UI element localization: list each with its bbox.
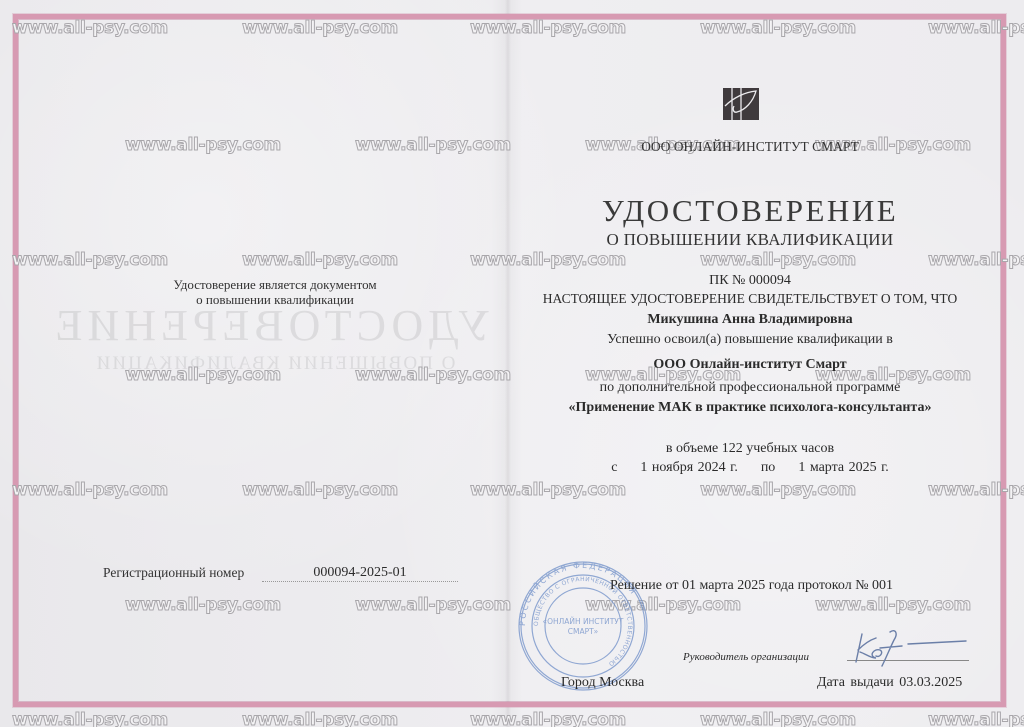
- note-line-2: о повышении квалификации: [60, 292, 490, 307]
- organization-name: ООО Онлайн-институт Смарт: [520, 357, 980, 373]
- mastered-text: Успешно освоил(а) повышение квалификации…: [520, 332, 980, 348]
- stamp-center-line-2: СМАРТ»: [568, 627, 599, 636]
- watermark: www.all-psy.com: [470, 710, 626, 727]
- note-line-1: Удостоверение является документом: [60, 277, 490, 292]
- signature-icon: [850, 628, 970, 668]
- head-of-organization-label: Руководитель организации: [683, 651, 809, 663]
- show-through-text: УДОСТОВЕРЕНИЕ О ПОВЫШЕНИИ КВАЛИФИКАЦИИ: [60, 300, 490, 375]
- program-name: «Применение МАК в практике психолога-кон…: [520, 400, 980, 416]
- show-through-title: УДОСТОВЕРЕНИЕ: [60, 300, 490, 351]
- from-date: 1 ноября 2024 г.: [640, 460, 737, 476]
- document-subtitle: О ПОВЫШЕНИИ КВАЛИФИКАЦИИ: [520, 230, 980, 250]
- institute-logo-icon: [723, 88, 759, 120]
- document-title: УДОСТОВЕРЕНИЕ: [520, 193, 980, 229]
- watermark: www.all-psy.com: [242, 710, 398, 727]
- issue-date-label: Дата выдачи: [817, 675, 894, 690]
- organization-caps: ООО ОНЛАЙН-ИНСТИТУТ СМАРТ: [520, 139, 980, 155]
- holder-full-name: Микушина Анна Владимировна: [520, 312, 980, 328]
- registration-label: Регистрационный номер: [103, 565, 244, 581]
- show-through-subtitle: О ПОВЫШЕНИИ КВАЛИФИКАЦИИ: [60, 353, 490, 375]
- study-period: с 1 ноября 2024 г. по 1 марта 2025 г.: [520, 460, 980, 476]
- program-label: по дополнительной профессиональной прогр…: [520, 380, 980, 396]
- hours-text: в объеме 122 учебных часов: [520, 441, 980, 457]
- issue-date-block: Дата выдачи 03.03.2025: [817, 675, 962, 691]
- left-page-note: Удостоверение является документом о повы…: [60, 277, 490, 307]
- certifies-text: НАСТОЯЩЕЕ УДОСТОВЕРЕНИЕ СВИДЕТЕЛЬСТВУЕТ …: [520, 291, 980, 307]
- watermark: www.all-psy.com: [928, 710, 1024, 727]
- watermark: www.all-psy.com: [700, 710, 856, 727]
- watermark: www.all-psy.com: [12, 710, 168, 727]
- decision-text: Решение от 01 марта 2025 года протокол №…: [610, 578, 893, 594]
- issue-date: 03.03.2025: [899, 675, 962, 690]
- registration-number: 000094-2025-01: [262, 565, 458, 582]
- to-prefix: по: [761, 460, 776, 476]
- city: Город Москва: [561, 675, 644, 691]
- certificate-number: ПК № 000094: [520, 273, 980, 289]
- stamp-center-line-1: «ОНЛАЙН ИНСТИТУТ: [543, 617, 624, 626]
- from-prefix: с: [611, 460, 617, 476]
- to-date: 1 марта 2025 г.: [798, 460, 888, 476]
